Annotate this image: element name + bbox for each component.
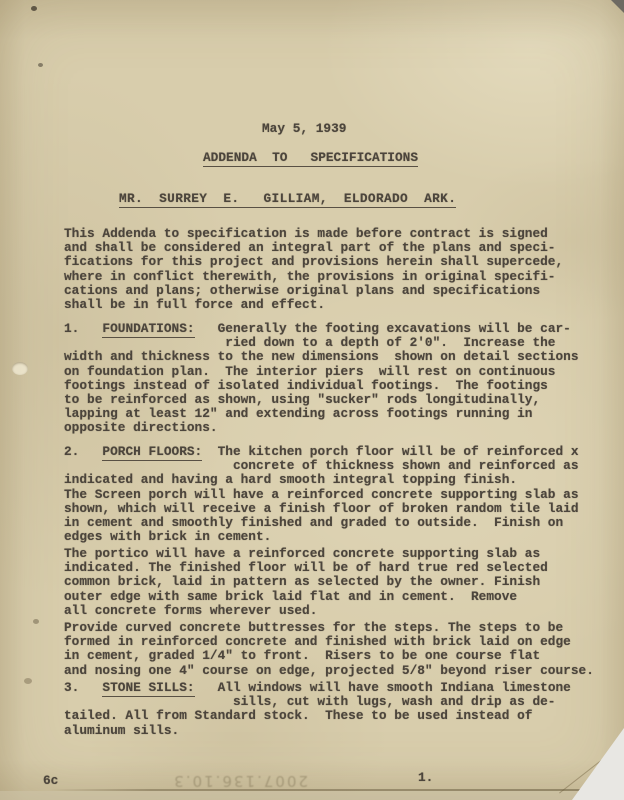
section-heading: 3. STONE SILLS: All windows will have sm… (64, 681, 571, 695)
section-line: sills, cut with lugs, wash and drip as d… (64, 695, 571, 709)
section-line: in cement and smoothly finished and grad… (64, 516, 579, 530)
section-stone-sills: 3. STONE SILLS: All windows will have sm… (64, 681, 571, 738)
paragraph-line: outer edge with same brick laid flat and… (64, 590, 548, 604)
document-title-text: ADDENDA TO SPECIFICATIONS (203, 150, 418, 167)
paper-speck (38, 63, 43, 67)
section-porch-floors: 2. PORCH FLOORS: The kitchen porch floor… (64, 445, 579, 544)
paragraph-line: in cement, graded 1/4" to front. Risers … (64, 649, 594, 663)
section-foundations: 1. FOUNDATIONS: Generally the footing ex… (64, 322, 579, 436)
paragraph-line: indicated. The finished floor will be of… (64, 561, 548, 575)
intro-paragraph: This Addenda to specification is made be… (64, 227, 563, 312)
section-line: width and thickness to the new dimension… (64, 350, 579, 364)
section-line: footings instead of isolated individual … (64, 379, 579, 393)
section-line: concrete of thickness shown and reinforc… (64, 459, 579, 473)
section-line: lapping at least 12" and extending acros… (64, 407, 579, 421)
clipped-corner-top-right (611, 0, 624, 13)
section-line: to be reinforced as shown, using "sucker… (64, 393, 579, 407)
section-number: 3. (64, 680, 102, 695)
paragraph-line: Provide curved concrete buttresses for t… (64, 621, 594, 635)
section-heading-text: All windows will have smooth Indiana lim… (195, 680, 571, 695)
paper-speck (31, 6, 37, 11)
section-line: tailed. All from Standard stock. These t… (64, 709, 571, 723)
portico-paragraph: The portico will have a reinforced concr… (64, 547, 548, 618)
section-line: on foundation plan. The interior piers w… (64, 365, 579, 379)
paragraph-line: formed in reinforced concrete and finish… (64, 635, 594, 649)
document-title: ADDENDA TO SPECIFICATIONS (203, 151, 418, 165)
section-heading: 1. FOUNDATIONS: Generally the footing ex… (64, 322, 579, 336)
section-line: edges with brick in cement. (64, 530, 579, 544)
addressee-text: MR. SURREY E. GILLIAM, ELDORADO ARK. (119, 191, 456, 208)
intro-line: This Addenda to specification is made be… (64, 227, 563, 241)
paragraph-line: and nosing one 4" course on edge, projec… (64, 664, 594, 678)
punch-hole (12, 362, 28, 375)
section-heading-text: The kitchen porch floor will be of reinf… (202, 444, 578, 459)
section-line: indicated and having a hard smooth integ… (64, 473, 579, 487)
paper-speck (24, 678, 32, 684)
document-date: May 5, 1939 (262, 122, 346, 136)
addressee-line: MR. SURREY E. GILLIAM, ELDORADO ARK. (119, 192, 456, 206)
intro-line: and shall be considered an integral part… (64, 241, 563, 255)
footer-page-code: 6c (43, 774, 58, 788)
intro-line: fications for this project and provision… (64, 255, 563, 269)
section-number: 2. (64, 444, 102, 459)
intro-line: shall be in full force and effect. (64, 298, 563, 312)
steps-paragraph: Provide curved concrete buttresses for t… (64, 621, 594, 678)
paper-speck (33, 619, 39, 624)
paper-background: May 5, 1939 ADDENDA TO SPECIFICATIONS MR… (0, 0, 624, 800)
intro-line: cations and plans; otherwise original pl… (64, 284, 563, 298)
section-line: ried down to a depth of 2'0". Increase t… (64, 336, 579, 350)
footer-page-number: 1. (418, 771, 433, 785)
section-heading-text: Generally the footing excavations will b… (195, 321, 571, 336)
section-line: shown, which will receive a finish floor… (64, 502, 579, 516)
pencil-accession-note: 2007.136.10.3 (158, 772, 308, 790)
section-line: opposite directions. (64, 421, 579, 435)
section-heading: 2. PORCH FLOORS: The kitchen porch floor… (64, 445, 579, 459)
paragraph-line: The portico will have a reinforced concr… (64, 547, 548, 561)
intro-line: where in conflict therewith, the provisi… (64, 270, 563, 284)
paragraph-line: all concrete forms wherever used. (64, 604, 548, 618)
paragraph-line: common brick, laid in pattern as selecte… (64, 575, 548, 589)
scan-background-strip (0, 791, 624, 800)
section-line: aluminum sills. (64, 724, 571, 738)
section-line: The Screen porch will have a reinforced … (64, 488, 579, 502)
section-number: 1. (64, 321, 102, 336)
